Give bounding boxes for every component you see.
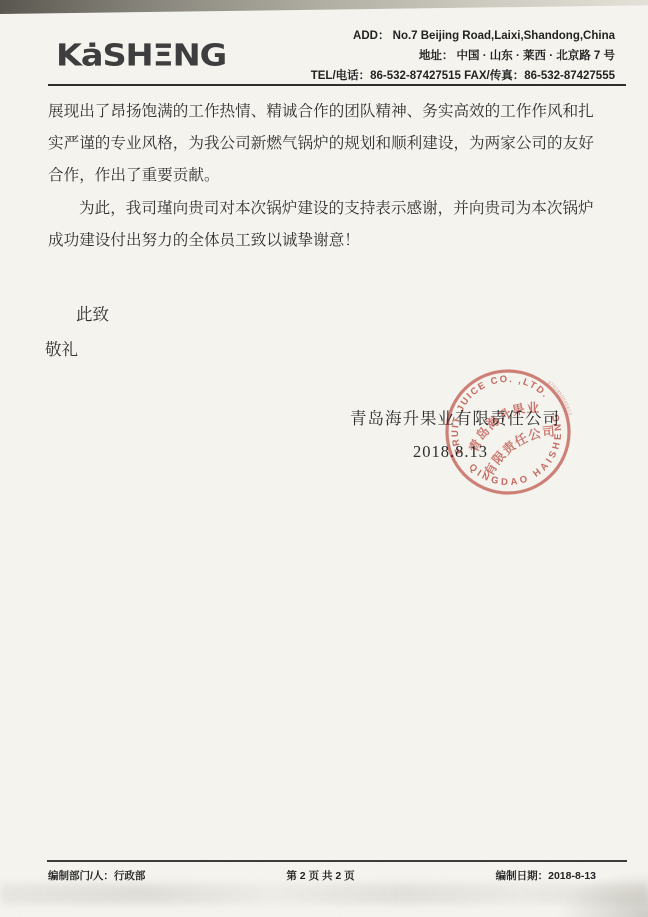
company-logo: KȧSHΞNG bbox=[56, 38, 226, 74]
body-line: 实严谨的专业风格，为我公司新燃气锅炉的规划和顺利建设，为两家公司的友好 bbox=[48, 131, 594, 153]
footer-prepared-by: 编制部门/人：行政部 bbox=[48, 868, 145, 883]
body-line: 展现出了昂扬饱满的工作热情、精诚合作的团队精神、务实高效的工作作风和扎 bbox=[48, 99, 594, 121]
body-line: 合作，作出了重要贡献。 bbox=[48, 163, 220, 185]
footer-divider bbox=[47, 860, 627, 862]
seal-serial-number: 3702850045613 bbox=[546, 378, 576, 418]
company-seal-stamp: FRUIT JUICE CO. ,LTD. QINGDAO HAISHENG 青… bbox=[433, 357, 583, 507]
scanner-edge-shadow bbox=[0, 0, 648, 14]
footer: 编制部门/人：行政部 第 2 页 共 2 页 编制日期：2018-8-13 bbox=[48, 868, 596, 883]
address-line-cn: 地址： 中国 · 山东 · 莱西 · 北京路 7 号 bbox=[311, 46, 615, 66]
letterhead-divider bbox=[48, 84, 626, 86]
letterhead-address-block: ADD： No.7 Beijing Road,Laixi,Shandong,Ch… bbox=[311, 26, 615, 86]
body-line: 成功建设付出努力的全体员工致以诚挚谢意！ bbox=[48, 228, 360, 250]
address-line-en: ADD： No.7 Beijing Road,Laixi,Shandong,Ch… bbox=[311, 26, 615, 46]
seal-rotated-group: FRUIT JUICE CO. ,LTD. QINGDAO HAISHENG 青… bbox=[433, 357, 583, 507]
svg-text:3702850045613: 3702850045613 bbox=[546, 378, 576, 418]
scanned-letter-page: KȧSHΞNG ADD： No.7 Beijing Road,Laixi,Sha… bbox=[0, 0, 648, 917]
footer-page-number: 第 2 页 共 2 页 bbox=[286, 868, 354, 883]
closing-jingli: 敬礼 bbox=[45, 336, 78, 360]
scan-smudge-band bbox=[0, 884, 648, 904]
tel-fax-line: TEL/电话：86-532-87427515 FAX/传真：86-532-874… bbox=[311, 66, 615, 86]
body-line: 为此，我司瑾向贵司对本次锅炉建设的支持表示感谢，并向贵司为本次锅炉 bbox=[48, 196, 594, 218]
scan-corner-shade bbox=[558, 871, 648, 917]
closing-cizhi: 此致 bbox=[76, 301, 109, 325]
